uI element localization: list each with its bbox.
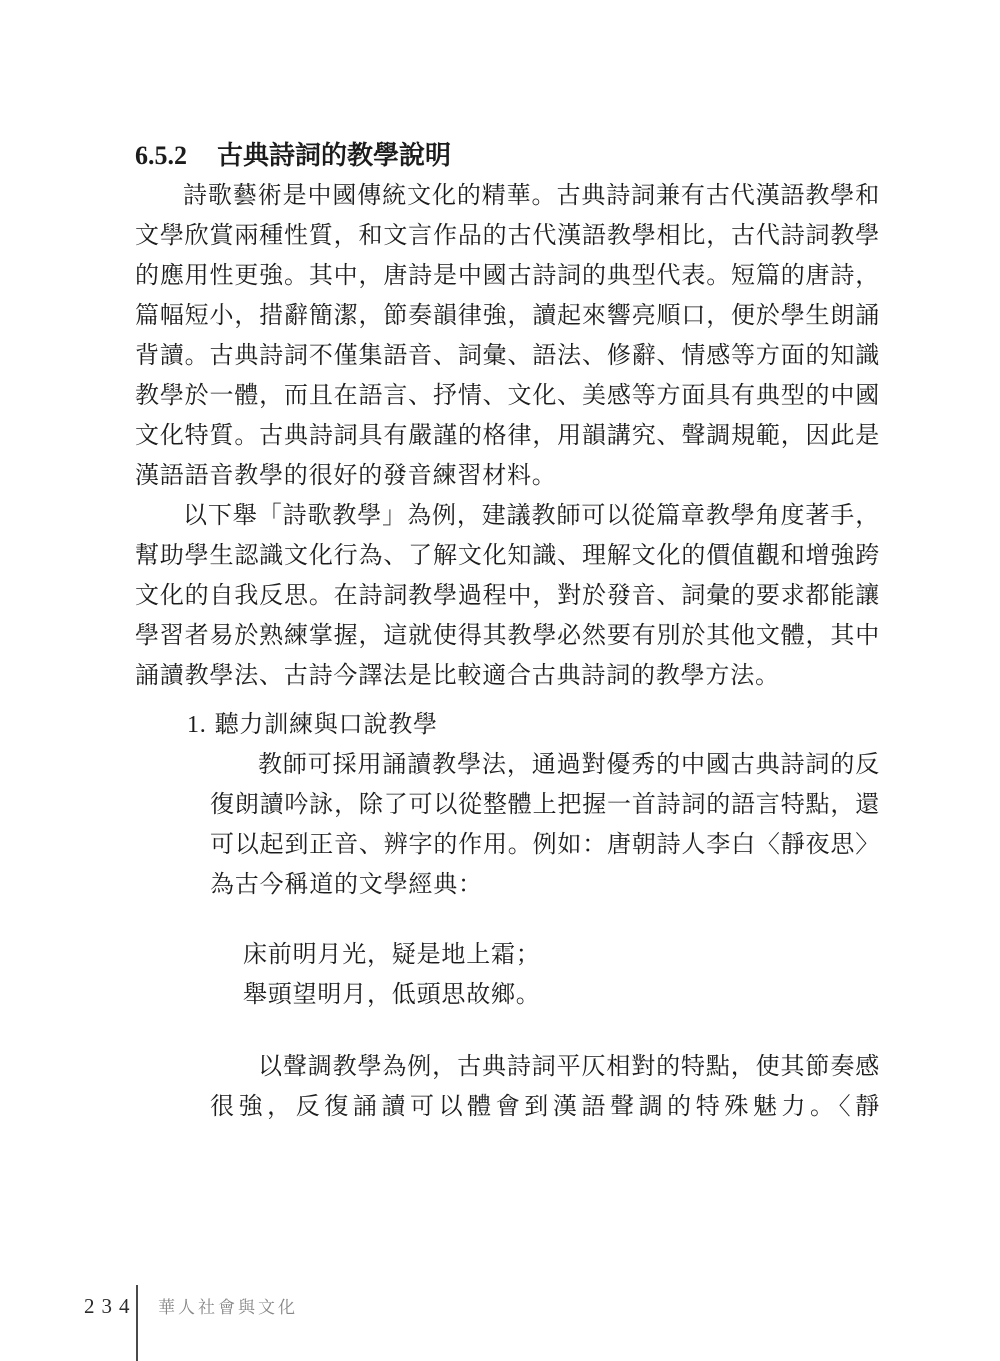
book-page: 6.5.2 古典詩詞的教學說明 詩歌藝術是中國傳統文化的精華。古典詩詞兼有古代漢…: [0, 0, 1000, 1361]
page-number: 234: [84, 1294, 137, 1318]
section-heading: 6.5.2 古典詩詞的教學說明: [135, 136, 880, 176]
list-item-paragraph: 教師可採用誦讀教學法，通過對優秀的中國古典詩詞的反復朗讀吟詠，除了可以從整體上把…: [210, 745, 880, 905]
closing-paragraph: 以聲調教學為例，古典詩詞平仄相對的特點，使其節奏感很強，反復誦讀可以體會到漢語聲…: [210, 1047, 880, 1127]
footer-divider: [136, 1285, 138, 1361]
poem-quote: 床前明月光，疑是地上霜； 舉頭望明月，低頭思故鄉。: [243, 935, 880, 1015]
poem-line-1: 床前明月光，疑是地上霜；: [243, 935, 880, 975]
list-section: 1.聽力訓練與口說教學 教師可採用誦讀教學法，通過對優秀的中國古典詩詞的反復朗讀…: [187, 705, 880, 1127]
section-title: 古典詩詞的教學說明: [217, 136, 451, 176]
list-item-title: 聽力訓練與口說教學: [215, 712, 438, 738]
paragraph-2: 以下舉「詩歌教學」為例，建議教師可以從篇章教學角度著手，幫助學生認識文化行為、了…: [135, 496, 880, 696]
list-item-number: 1.: [187, 712, 207, 738]
poem-line-2: 舉頭望明月，低頭思故鄉。: [243, 975, 880, 1015]
page-content: 6.5.2 古典詩詞的教學說明 詩歌藝術是中國傳統文化的精華。古典詩詞兼有古代漢…: [135, 136, 880, 1127]
book-title: 華人社會與文化: [158, 1297, 298, 1319]
paragraph-1: 詩歌藝術是中國傳統文化的精華。古典詩詞兼有古代漢語教學和文學欣賞兩種性質，和文言…: [135, 176, 880, 496]
section-number: 6.5.2: [135, 136, 187, 176]
list-item-heading: 1.聽力訓練與口說教學: [187, 705, 880, 745]
